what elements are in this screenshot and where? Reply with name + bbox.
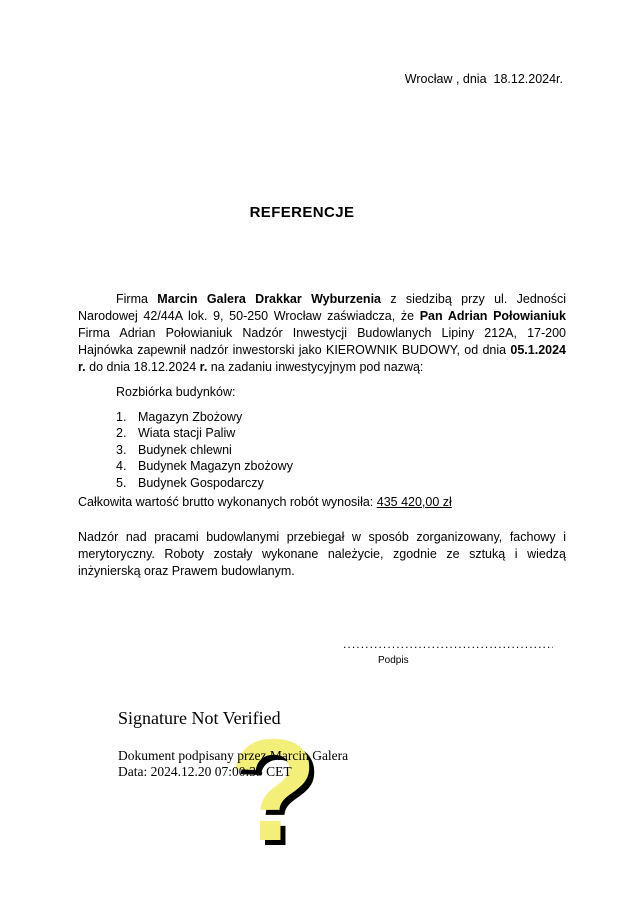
page-title: REFERENCJE: [0, 204, 604, 221]
building-list: 1. Magazyn Zbożowy 2. Wiata stacji Paliw…: [116, 409, 293, 491]
total-amount: 435 420,00 zł: [377, 495, 452, 509]
company-name: Marcin Galera Drakkar Wyburzenia: [157, 292, 381, 306]
list-item: 3. Budynek chlewni: [116, 442, 293, 458]
list-item: 5. Budynek Gospodarczy: [116, 475, 293, 491]
list-item-label: Budynek Magazyn zbożowy: [138, 458, 293, 474]
reference-letter-page: Wrocław , dnia 18.12.2024r. REFERENCJE F…: [0, 0, 640, 905]
list-item-number: 1.: [116, 409, 138, 425]
intro-segment: do dnia 18.12.2024: [86, 360, 200, 374]
signature-details: Dokument podpisany przez Marcin Galera D…: [118, 748, 348, 779]
intro-paragraph: Firma Marcin Galera Drakkar Wyburzenia z…: [78, 291, 566, 376]
list-item-label: Budynek Gospodarczy: [138, 475, 264, 491]
signature-caption: Podpis: [378, 655, 409, 666]
signed-by-line: Dokument podpisany przez Marcin Galera: [118, 748, 348, 764]
list-item-number: 2.: [116, 425, 138, 441]
list-item-label: Wiata stacji Paliw: [138, 425, 235, 441]
list-item-number: 3.: [116, 442, 138, 458]
list-item: 1. Magazyn Zbożowy: [116, 409, 293, 425]
digital-signature-stamp: ? Signature Not Verified Dokument podpis…: [0, 0, 640, 905]
list-item: 2. Wiata stacji Paliw: [116, 425, 293, 441]
list-item-label: Budynek chlewni: [138, 442, 232, 458]
list-item-number: 4.: [116, 458, 138, 474]
total-value-line: Całkowita wartość brutto wykonanych robó…: [78, 495, 452, 509]
list-item: 4. Budynek Magazyn zbożowy: [116, 458, 293, 474]
task-name-heading: Rozbiórka budynków:: [116, 385, 236, 399]
question-mark-icon: ?: [229, 718, 318, 863]
intro-segment: Firma Adrian Połowianiuk Nadzór Inwestyc…: [78, 326, 566, 357]
closing-paragraph: Nadzór nad pracami budowlanymi przebiega…: [78, 529, 566, 580]
list-item-number: 5.: [116, 475, 138, 491]
signature-date-line: Data: 2024.12.20 07:00:35 CET: [118, 764, 348, 780]
person-name: Pan Adrian Połowianiuk: [420, 309, 566, 323]
signature-dotted-line: ........................................…: [343, 637, 553, 651]
signature-status-text: Signature Not Verified: [118, 708, 281, 729]
intro-segment: Firma: [116, 292, 157, 306]
total-label: Całkowita wartość brutto wykonanych robó…: [78, 495, 377, 509]
intro-segment: na zadaniu inwestycyjnym pod nazwą:: [207, 360, 423, 374]
list-item-label: Magazyn Zbożowy: [138, 409, 242, 425]
dateline: Wrocław , dnia 18.12.2024r.: [405, 72, 563, 86]
